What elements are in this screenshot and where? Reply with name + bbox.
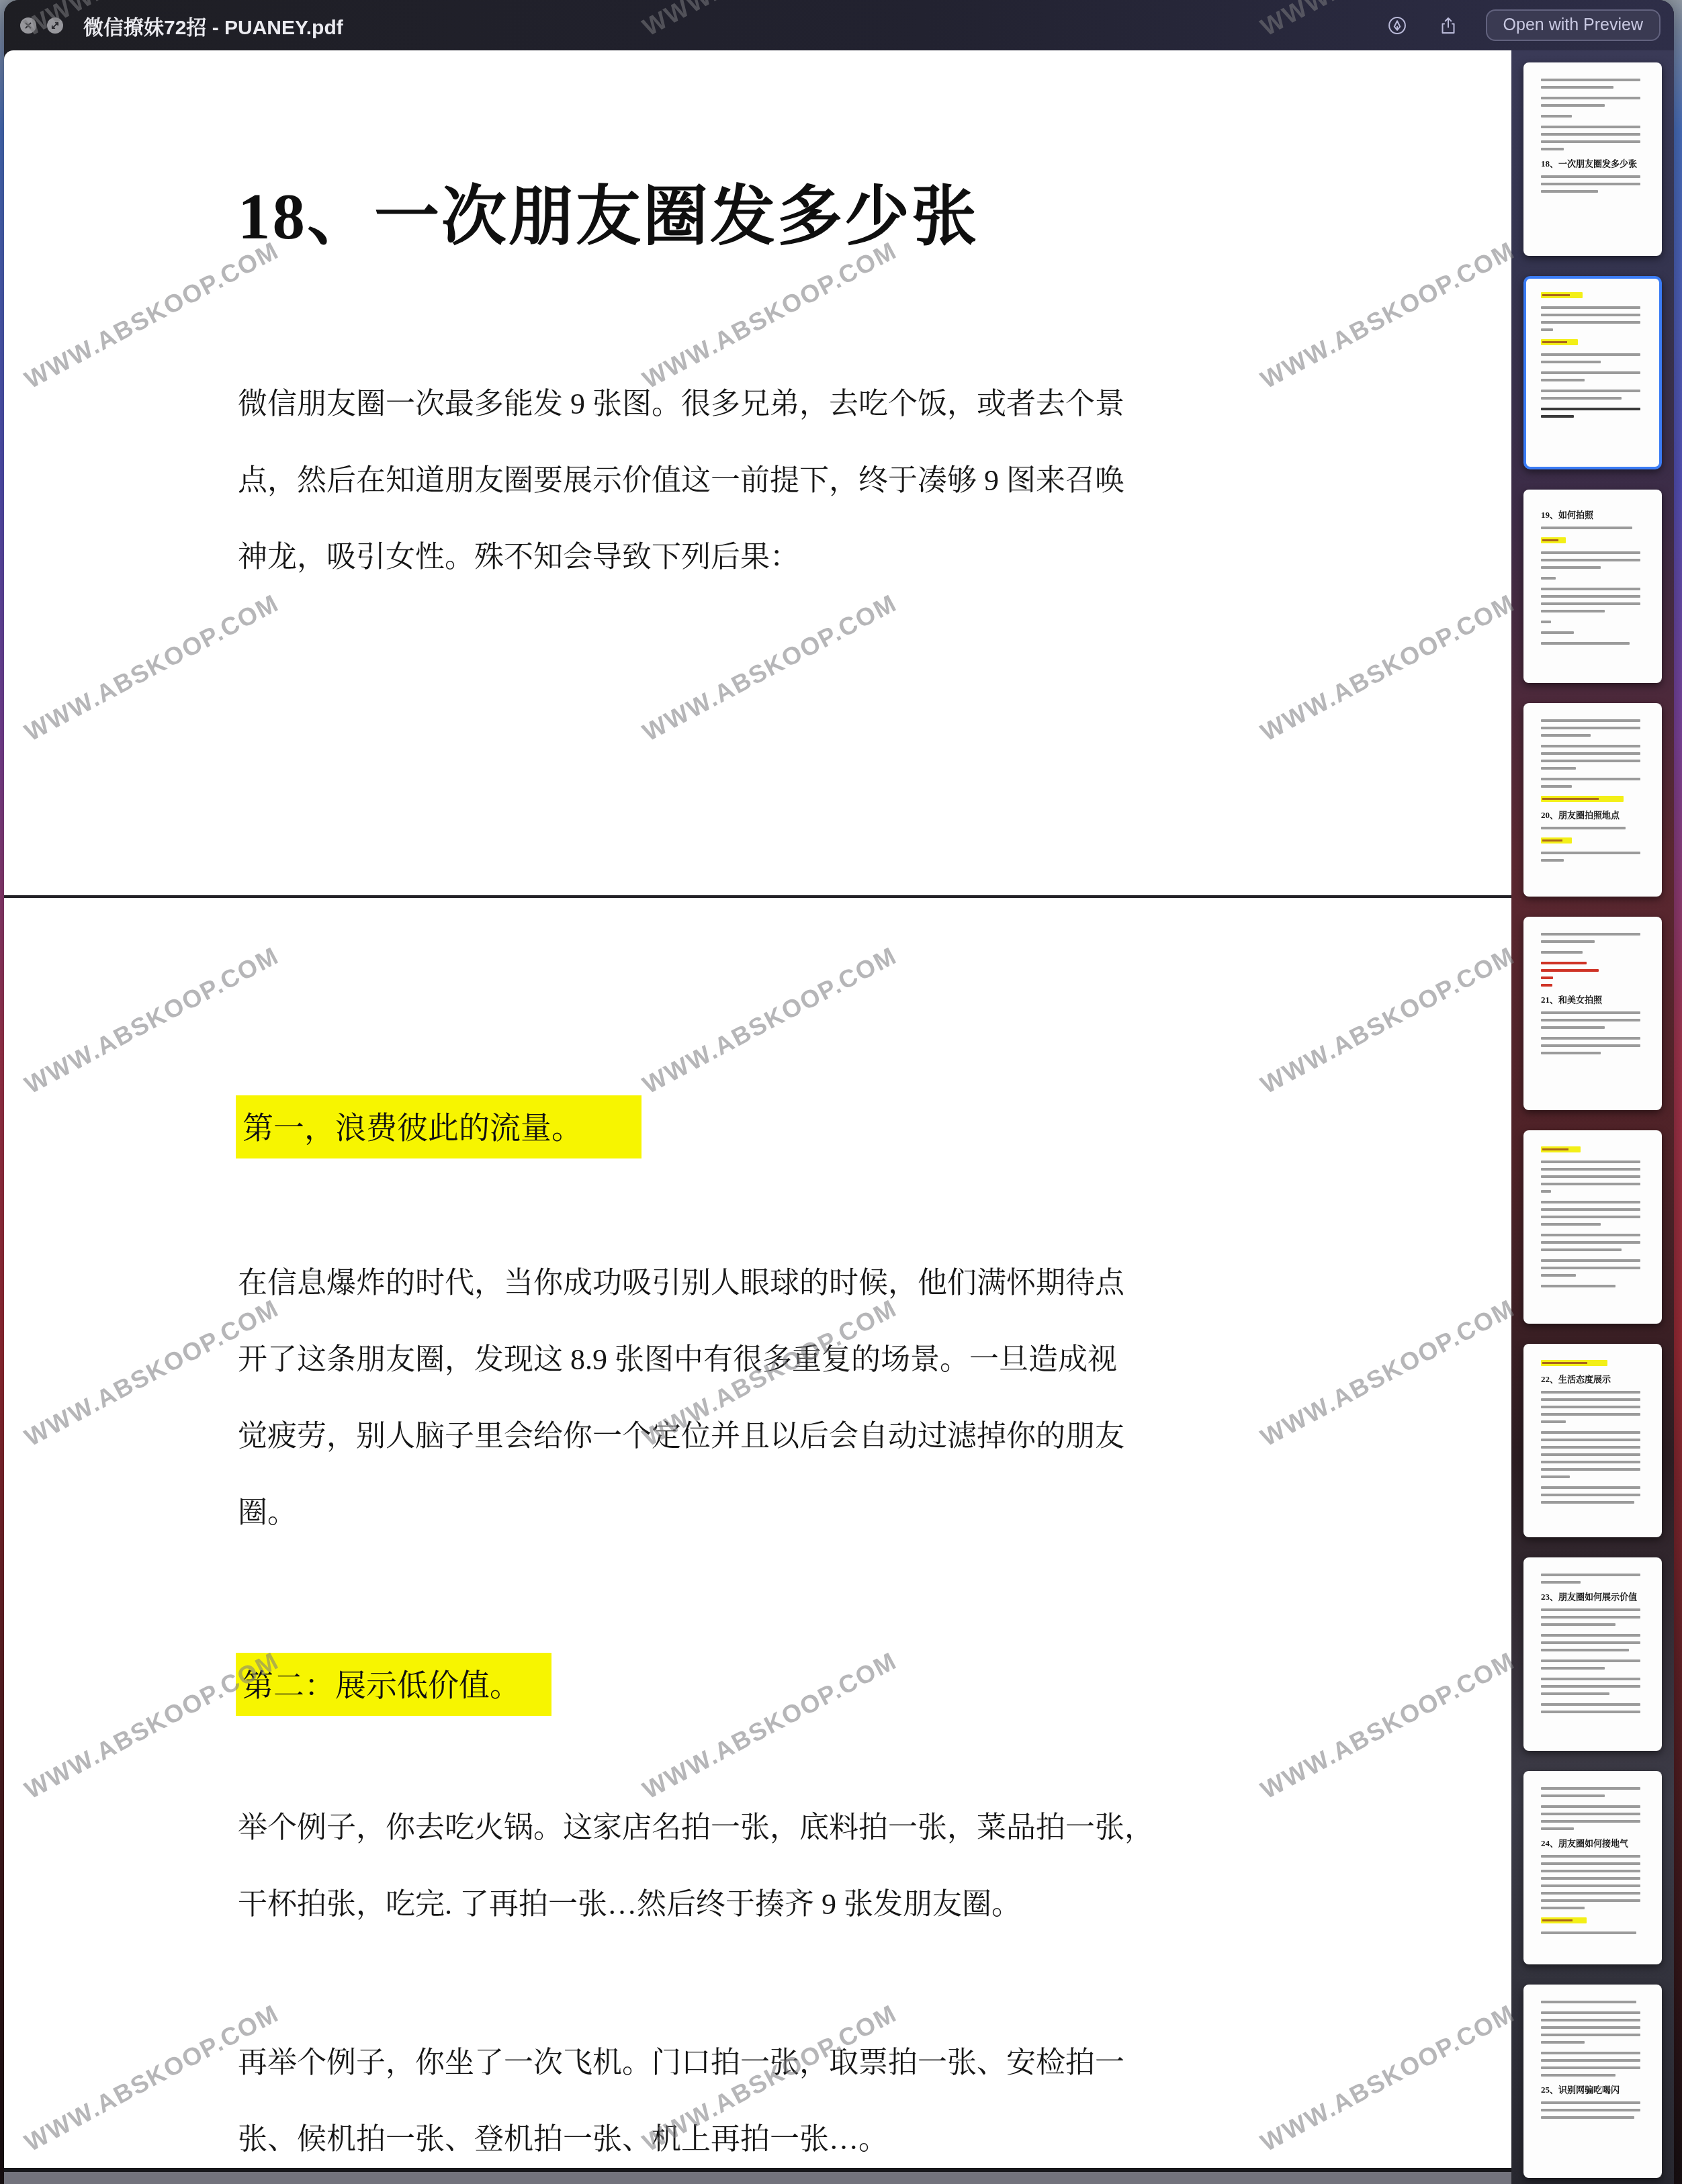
thumbnail-text-block (1541, 2101, 1644, 2119)
thumbnail-text-block (1541, 1285, 1644, 1287)
thumbnail-highlight (1541, 1917, 1587, 1923)
thumbnail-text-line (1541, 588, 1640, 590)
markup-icon (1386, 14, 1409, 37)
thumbnail-text-line (1541, 79, 1640, 81)
thumbnail-text-line (1541, 933, 1640, 936)
thumbnail-text-line (1541, 1805, 1640, 1808)
thumbnail-text-line (1541, 1486, 1640, 1489)
thumbnail-highlight (1541, 796, 1624, 802)
thumbnail-text-line (1541, 1406, 1640, 1408)
thumbnail-text-block (1541, 126, 1644, 150)
text-line: 点，然后在知道朋友圈要展示价值这一前提下，终于凑够 9 图来召唤 (238, 443, 1313, 519)
thumbnail-text-line (1541, 1678, 1640, 1680)
paragraph: 再举个例子，你坐了一次飞机。门口拍一张，取票拍一张、安检拍一张、候机拍一张、登机… (238, 2025, 1313, 2178)
thumbnail-text-line (1541, 631, 1574, 634)
title-bar: 微信撩妹72招 - PUANEY.pdf Open with Preview (4, 0, 1674, 50)
thumbnail-text-line (1541, 859, 1564, 862)
content-area: 18、一次朋友圈发多少张 微信朋友圈一次最多能发 9 张图。很多兄弟，去吃个饭，… (4, 50, 1674, 2184)
paragraph: 微信朋友圈一次最多能发 9 张图。很多兄弟，去吃个饭，或者去个景点，然后在知道朋… (238, 366, 1313, 596)
thumbnail-text-block (1541, 1201, 1644, 1226)
thumbnail-text-block (1541, 745, 1644, 770)
thumbnail-text-line (1541, 1168, 1640, 1171)
thumbnail-text-line (1541, 86, 1613, 89)
thumbnail-text-line (1541, 321, 1640, 324)
thumbnail-text-line (1541, 745, 1640, 747)
thumbnail-text-line (1541, 1608, 1640, 1611)
thumbnail-text-line (1541, 2001, 1636, 2003)
thumbnail-heading: 21、和美女拍照 (1541, 995, 1644, 1005)
thumbnail-text-line (1541, 133, 1640, 136)
thumbnail-text-line (1541, 1667, 1605, 1670)
thumbnail-text-line (1541, 126, 1640, 128)
thumbnail-text-line (1541, 1870, 1640, 1872)
thumbnail-text-line (1541, 1011, 1640, 1014)
thumbnail-text-line (1541, 1641, 1640, 1644)
thumbnail-list: 18、一次朋友圈发多少张19、如何拍照20、朋友圈拍照地点21、和美女拍照22、… (1511, 62, 1674, 2178)
thumbnail-text-line (1541, 1623, 1615, 1626)
thumbnail-text-block (1541, 551, 1644, 569)
thumbnail-text-line (1541, 306, 1640, 309)
text-line: 再举个例子，你坐了一次飞机。门口拍一张，取票拍一张、安检拍一 (238, 2025, 1313, 2101)
thumbnail-text-block (1541, 1931, 1644, 1934)
thumbnail-text-line (1541, 1431, 1640, 1434)
thumbnail-text-line (1541, 1461, 1640, 1463)
thumbnail-text-line (1541, 115, 1572, 118)
thumbnail-text-block (1541, 353, 1644, 363)
thumbnail-text-block (1541, 97, 1644, 107)
thumbnail-text-block (1541, 1486, 1644, 1504)
thumbnail-text-line (1541, 1216, 1640, 1218)
thumbnail-text-line (1541, 1175, 1640, 1178)
thumbnail-highlight (1541, 1146, 1581, 1152)
paragraph: 举个例子，你去吃火锅。这家店名拍一张，底料拍一张，菜品拍一张，干杯拍张，吃完. … (238, 1790, 1313, 1943)
thumbnail-text-block (1541, 1391, 1644, 1423)
thumbnail-text-line (1541, 1692, 1609, 1695)
thumbnail-text-block (1541, 1805, 1644, 1830)
thumbnail-text-line (1541, 361, 1601, 363)
thumbnail-text-line (1541, 752, 1640, 755)
thumbnail-text-line (1541, 1026, 1605, 1029)
thumbnail-page-9[interactable]: 24、朋友圈如何接地气 (1523, 1771, 1662, 1964)
thumbnail-text-block (1541, 1608, 1644, 1626)
thumbnail-highlight (1541, 1360, 1607, 1366)
thumbnail-text-line (1541, 1659, 1640, 1662)
thumbnail-text-line (1541, 1616, 1640, 1619)
thumbnail-text-line (1541, 969, 1599, 972)
thumbnail-text-line (1541, 727, 1640, 729)
thumbnail-text-line (1541, 1234, 1640, 1236)
thumbnail-text-line (1541, 140, 1640, 143)
text-line: 干杯拍张，吃完. 了再拍一张…然后终于揍齐 9 张发朋友圈。 (238, 1866, 1313, 1943)
thumbnail-text-line (1541, 1884, 1640, 1887)
thumbnail-text-line (1541, 1446, 1640, 1449)
thumbnail-text-block (1541, 1678, 1644, 1695)
thumbnail-text-line (1541, 1439, 1640, 1441)
thumbnail-page-5[interactable]: 21、和美女拍照 (1523, 917, 1662, 1110)
open-with-preview-button[interactable]: Open with Preview (1486, 9, 1661, 41)
thumbnail-text-line (1541, 2019, 1640, 2021)
thumbnail-text-line (1541, 1813, 1640, 1815)
pdf-page-view: 18、一次朋友圈发多少张 微信朋友圈一次最多能发 9 张图。很多兄弟，去吃个饭，… (4, 50, 1511, 2184)
thumbnail-text-block (1541, 1011, 1644, 1029)
thumbnail-text-block (1541, 2001, 1644, 2003)
thumbnail-text-line (1541, 951, 1583, 954)
page-separator (4, 895, 1511, 898)
thumbnail-text-line (1541, 1037, 1640, 1040)
thumbnail-text-block (1541, 1259, 1644, 1277)
thumbnail-text-block (1541, 115, 1644, 118)
thumbnail-page-10[interactable]: 25、识别网骗吃喝闪 (1523, 1985, 1662, 2178)
share-button[interactable] (1435, 12, 1462, 39)
thumbnail-text-line (1541, 1468, 1640, 1471)
thumbnail-text-block (1541, 962, 1644, 987)
text-line: 觉疲劳，别人脑子里会给你一个定位并且以后会自动过滤掉你的朋友 (238, 1398, 1313, 1475)
thumbnail-text-line (1541, 642, 1630, 645)
thumbnail-text-line (1541, 408, 1640, 410)
thumbnail-text-line (1541, 1685, 1640, 1688)
text-line: 开了这条朋友圈，发现这 8.9 张图中有很多重复的场景。一旦造成视 (238, 1322, 1313, 1398)
thumbnail-heading: 23、朋友圈如何展示价值 (1541, 1592, 1644, 1602)
thumbnail-text-block (1541, 588, 1644, 612)
thumbnail-text-line (1541, 1274, 1576, 1277)
thumbnail-text-line (1541, 1052, 1601, 1054)
thumbnail-text-line (1541, 962, 1587, 964)
section-heading: 18、一次朋友圈发多少张 (238, 163, 979, 257)
thumbnail-page-8[interactable]: 23、朋友圈如何展示价值 (1523, 1557, 1662, 1751)
thumbnail-text-line (1541, 1248, 1622, 1251)
thumbnail-heading: 24、朋友圈如何接地气 (1541, 1838, 1644, 1848)
thumbnail-text-line (1541, 2101, 1640, 2104)
thumbnail-text-line (1541, 2041, 1585, 2044)
thumbnail-text-line (1541, 1787, 1640, 1790)
thumbnail-text-line (1541, 2074, 1615, 2077)
thumbnail-text-line (1541, 1241, 1640, 1244)
thumbnail-text-line (1541, 1794, 1605, 1797)
text-line: 神龙，吸引女性。殊不知会导致下列后果： (238, 519, 1313, 596)
thumbnail-text-line (1541, 610, 1605, 612)
thumbnail-text-line (1541, 778, 1640, 780)
thumbnail-text-line (1541, 2011, 1640, 2014)
thumbnail-heading: 25、识别网骗吃喝闪 (1541, 2085, 1644, 2095)
thumbnail-text-line (1541, 1649, 1629, 1651)
thumbnail-text-line (1541, 602, 1640, 605)
thumbnail-text-line (1541, 1190, 1551, 1193)
thumbnail-page-1[interactable]: 18、一次朋友圈发多少张 (1523, 62, 1662, 256)
text-line: 举个例子，你去吃火锅。这家店名拍一张，底料拍一张，菜品拍一张， (238, 1790, 1313, 1866)
thumbnail-text-line (1541, 175, 1640, 178)
thumbnail-heading: 18、一次朋友圈发多少张 (1541, 158, 1644, 169)
thumbnail-text-block (1541, 778, 1644, 788)
thumbnail-text-line (1541, 1877, 1640, 1880)
thumbnail-text-line (1541, 190, 1598, 193)
desktop: { "window": { "title": "微信撩妹72招 - PUANEY… (0, 0, 1682, 2184)
thumbnail-text-line (1541, 719, 1640, 722)
thumbnail-text-line (1541, 2066, 1640, 2069)
thumbnail-text-line (1541, 1475, 1570, 1478)
thumbnail-text-line (1541, 940, 1595, 943)
thumbnail-text-line (1541, 314, 1640, 316)
thumbnail-text-line (1541, 621, 1551, 623)
thumbnail-page-2[interactable] (1523, 276, 1662, 469)
thumbnail-heading: 22、生活态度展示 (1541, 1374, 1644, 1384)
thumbnail-text-line (1541, 1711, 1640, 1713)
thumbnail-text-block (1541, 306, 1644, 331)
thumbnail-text-block (1541, 933, 1644, 943)
markup-button[interactable] (1384, 12, 1411, 39)
thumbnail-text-block (1541, 719, 1644, 737)
thumbnail-text-line (1541, 527, 1632, 529)
thumbnail-highlight (1541, 292, 1583, 298)
thumbnail-text-block (1541, 631, 1644, 634)
thumbnail-text-block (1541, 852, 1644, 862)
thumbnail-page-6[interactable] (1523, 1130, 1662, 1324)
paragraph: 在信息爆炸的时代，当你成功吸引别人眼球的时候，他们满怀期待点开了这条朋友圈，发现… (238, 1245, 1313, 1551)
thumbnail-text-line (1541, 104, 1605, 107)
thumbnail-text-line (1541, 559, 1640, 561)
fullscreen-button[interactable] (47, 17, 63, 34)
thumbnail-text-line (1541, 397, 1622, 400)
thumbnail-text-line (1541, 827, 1626, 829)
thumbnail-text-block (1541, 577, 1644, 580)
thumbnail-text-line (1541, 148, 1564, 150)
thumbnail-text-line (1541, 328, 1553, 331)
thumbnail-text-line (1541, 767, 1576, 770)
thumbnail-heading: 20、朋友圈拍照地点 (1541, 810, 1644, 820)
fullscreen-icon (50, 21, 60, 30)
thumbnail-sidebar: 18、一次朋友圈发多少张19、如何拍照20、朋友圈拍照地点21、和美女拍照22、… (1511, 50, 1674, 2184)
text-line: 圈。 (238, 1475, 1313, 1551)
thumbnail-text-line (1541, 1931, 1636, 1934)
thumbnail-text-block (1541, 1234, 1644, 1251)
thumbnail-text-block (1541, 175, 1644, 193)
thumbnail-text-line (1541, 1044, 1640, 1047)
thumbnail-text-line (1541, 1634, 1640, 1637)
thumbnail-text-block (1541, 408, 1644, 418)
thumbnail-text-block (1541, 951, 1644, 954)
thumbnail-text-line (1541, 1259, 1640, 1262)
thumbnail-text-line (1541, 760, 1640, 762)
window-title: 微信撩妹72招 - PUANEY.pdf (83, 11, 343, 40)
thumbnail-text-line (1541, 1201, 1640, 1203)
thumbnail-page-4[interactable]: 20、朋友圈拍照地点 (1523, 703, 1662, 897)
thumbnail-text-block (1541, 2011, 1644, 2044)
thumbnail-text-line (1541, 1899, 1640, 1902)
thumbnail-text-block (1541, 1037, 1644, 1054)
thumbnail-page-3[interactable]: 19、如何拍照 (1523, 490, 1662, 683)
thumbnail-text-line (1541, 97, 1640, 99)
thumbnail-text-line (1541, 1494, 1640, 1496)
thumbnail-text-line (1541, 984, 1552, 987)
thumbnail-text-line (1541, 566, 1601, 569)
text-line: 微信朋友圈一次最多能发 9 张图。很多兄弟，去吃个饭，或者去个景 (238, 366, 1313, 443)
highlighted-text: 第一，浪费彼此的流量。 (236, 1095, 641, 1158)
thumbnail-text-block (1541, 390, 1644, 400)
thumbnail-text-block (1541, 642, 1644, 645)
thumbnail-text-line (1541, 1420, 1566, 1423)
thumbnail-text-block (1541, 1787, 1644, 1797)
thumbnail-highlight (1541, 537, 1566, 543)
close-icon (24, 21, 33, 30)
thumbnail-text-line (1541, 1267, 1640, 1269)
thumbnail-text-block (1541, 1634, 1644, 1651)
thumbnail-text-block (1541, 79, 1644, 89)
thumbnail-text-line (1541, 379, 1585, 381)
thumbnail-text-block (1541, 1574, 1644, 1584)
thumbnail-page-7[interactable]: 22、生活态度展示 (1523, 1344, 1662, 1537)
highlighted-text: 第二：展示低价值。 (236, 1653, 551, 1716)
text-line: 在信息爆炸的时代，当你成功吸引别人眼球的时候，他们满怀期待点 (238, 1245, 1313, 1322)
thumbnail-text-line (1541, 2052, 1640, 2054)
thumbnail-text-line (1541, 1398, 1640, 1401)
thumbnail-text-block (1541, 1431, 1644, 1478)
thumbnail-highlight (1541, 837, 1572, 844)
text-line: 张、候机拍一张、登机拍一张、机上再拍一张…。 (238, 2101, 1313, 2178)
thumbnail-text-line (1541, 1453, 1640, 1456)
thumbnail-text-block (1541, 1659, 1644, 1670)
thumbnail-text-line (1541, 1501, 1634, 1504)
thumbnail-text-line (1541, 1413, 1640, 1416)
thumbnail-text-line (1541, 2026, 1640, 2029)
thumbnail-text-line (1541, 353, 1640, 356)
thumbnail-text-line (1541, 390, 1640, 392)
quicklook-window: 微信撩妹72招 - PUANEY.pdf Open with Preview 1… (4, 0, 1674, 2184)
thumbnail-text-line (1541, 2034, 1640, 2036)
thumbnail-text-line (1541, 1161, 1640, 1163)
thumbnail-text-line (1541, 1827, 1574, 1830)
thumbnail-text-line (1541, 1208, 1640, 1211)
thumbnail-text-line (1541, 1183, 1640, 1185)
close-button[interactable] (20, 17, 36, 34)
thumbnail-text-block (1541, 1703, 1644, 1713)
thumbnail-text-line (1541, 785, 1572, 788)
thumbnail-text-block (1541, 621, 1644, 623)
thumbnail-text-line (1541, 1862, 1640, 1865)
thumbnail-text-block (1541, 827, 1644, 829)
thumbnail-highlight (1541, 339, 1578, 345)
thumbnail-text-line (1541, 2116, 1634, 2119)
thumbnail-text-line (1541, 183, 1640, 185)
thumbnail-text-line (1541, 1820, 1640, 1823)
thumbnail-text-line (1541, 2059, 1640, 2062)
thumbnail-text-block (1541, 2052, 1644, 2077)
thumbnail-text-line (1541, 1581, 1581, 1584)
thumbnail-text-line (1541, 976, 1553, 979)
thumbnail-text-line (1541, 1703, 1640, 1706)
thumbnail-text-block (1541, 1855, 1644, 1909)
thumbnail-text-line (1541, 577, 1556, 580)
thumbnail-heading: 19、如何拍照 (1541, 510, 1644, 520)
thumbnail-text-line (1541, 1892, 1640, 1895)
thumbnail-text-line (1541, 1391, 1640, 1394)
thumbnail-text-line (1541, 415, 1574, 418)
thumbnail-text-line (1541, 1285, 1615, 1287)
thumbnail-text-line (1541, 595, 1640, 598)
thumbnail-text-line (1541, 551, 1640, 554)
thumbnail-text-line (1541, 1855, 1640, 1858)
page-bottom-edge (4, 2168, 1511, 2184)
thumbnail-text-block (1541, 1161, 1644, 1193)
thumbnail-text-block (1541, 527, 1644, 529)
thumbnail-text-line (1541, 1223, 1601, 1226)
thumbnail-text-line (1541, 1907, 1585, 1909)
thumbnail-text-block (1541, 371, 1644, 381)
share-icon (1437, 14, 1460, 37)
thumbnail-text-line (1541, 1019, 1640, 1021)
thumbnail-text-line (1541, 2109, 1640, 2111)
thumbnail-text-line (1541, 852, 1640, 854)
thumbnail-text-line (1541, 371, 1640, 374)
thumbnail-text-line (1541, 734, 1591, 737)
thumbnail-text-line (1541, 1574, 1640, 1576)
